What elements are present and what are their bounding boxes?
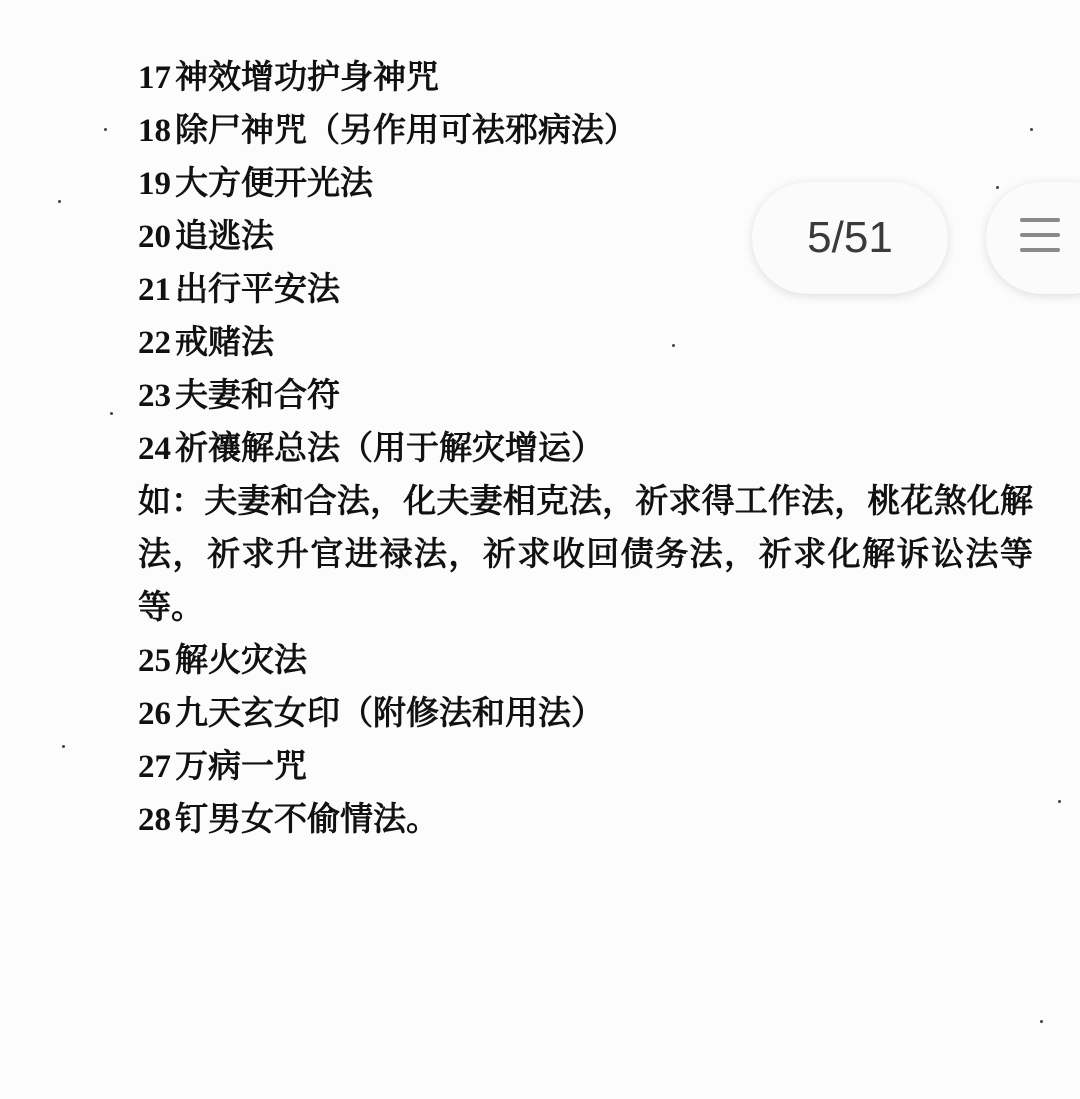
scan-speck — [62, 745, 65, 748]
scan-speck — [110, 412, 113, 415]
item-number: 20 — [138, 211, 171, 264]
scan-speck — [1030, 128, 1033, 131]
page-indicator[interactable]: 5/51 — [752, 182, 948, 294]
item-text: 万病一咒 — [175, 746, 307, 785]
item-text: 夫妻和合符 — [175, 375, 340, 414]
item-text: 除尸神咒（另作用可祛邪病法） — [175, 110, 637, 149]
list-item: 26九天玄女印（附修法和用法） — [138, 686, 1038, 739]
list-item: 28钉男女不偷情法。 — [138, 792, 1038, 845]
list-item: 27万病一咒 — [138, 739, 1038, 792]
list-item: 23夫妻和合符 — [138, 368, 1038, 421]
list-item: 25解火灾法 — [138, 633, 1038, 686]
item-number: 24 — [138, 423, 171, 476]
item-number: 21 — [138, 264, 171, 317]
item-text: 戒赌法 — [175, 322, 274, 361]
item-number: 23 — [138, 370, 171, 423]
list-item: 24祈禳解总法（用于解灾增运） — [138, 421, 1038, 474]
scan-speck — [1058, 800, 1061, 803]
item-text: 祈禳解总法（用于解灾增运） — [175, 428, 604, 467]
item-number: 19 — [138, 158, 171, 211]
item-text: 出行平安法 — [175, 269, 340, 308]
item-number: 27 — [138, 741, 171, 794]
item-text: 九天玄女印（附修法和用法） — [175, 693, 604, 732]
document-content: 17神效增功护身神咒 18除尸神咒（另作用可祛邪病法） 19大方便开光法 20追… — [138, 50, 1038, 845]
item-text: 追逃法 — [175, 216, 274, 255]
scan-speck — [672, 344, 675, 347]
scan-speck — [104, 128, 107, 131]
description-paragraph: 如：夫妻和合法，化夫妻相克法，祈求得工作法，桃花煞化解法，祈求升官进禄法，祈求收… — [138, 474, 1033, 633]
scan-speck — [58, 200, 61, 203]
hamburger-menu-icon — [1020, 218, 1060, 254]
list-item: 22戒赌法 — [138, 315, 1038, 368]
item-text: 神效增功护身神咒 — [175, 57, 439, 96]
item-text: 大方便开光法 — [175, 163, 373, 202]
document-page: 17神效增功护身神咒 18除尸神咒（另作用可祛邪病法） 19大方便开光法 20追… — [0, 0, 1080, 1099]
item-text: 钉男女不偷情法。 — [175, 799, 439, 838]
list-item: 18除尸神咒（另作用可祛邪病法） — [138, 103, 1038, 156]
item-number: 26 — [138, 688, 171, 741]
item-number: 22 — [138, 317, 171, 370]
scan-speck — [1040, 1020, 1043, 1023]
item-number: 28 — [138, 794, 171, 847]
item-text: 解火灾法 — [175, 640, 307, 679]
item-number: 25 — [138, 635, 171, 688]
item-number: 17 — [138, 52, 171, 105]
scan-speck — [996, 186, 999, 189]
item-number: 18 — [138, 105, 171, 158]
list-item: 17神效增功护身神咒 — [138, 50, 1038, 103]
